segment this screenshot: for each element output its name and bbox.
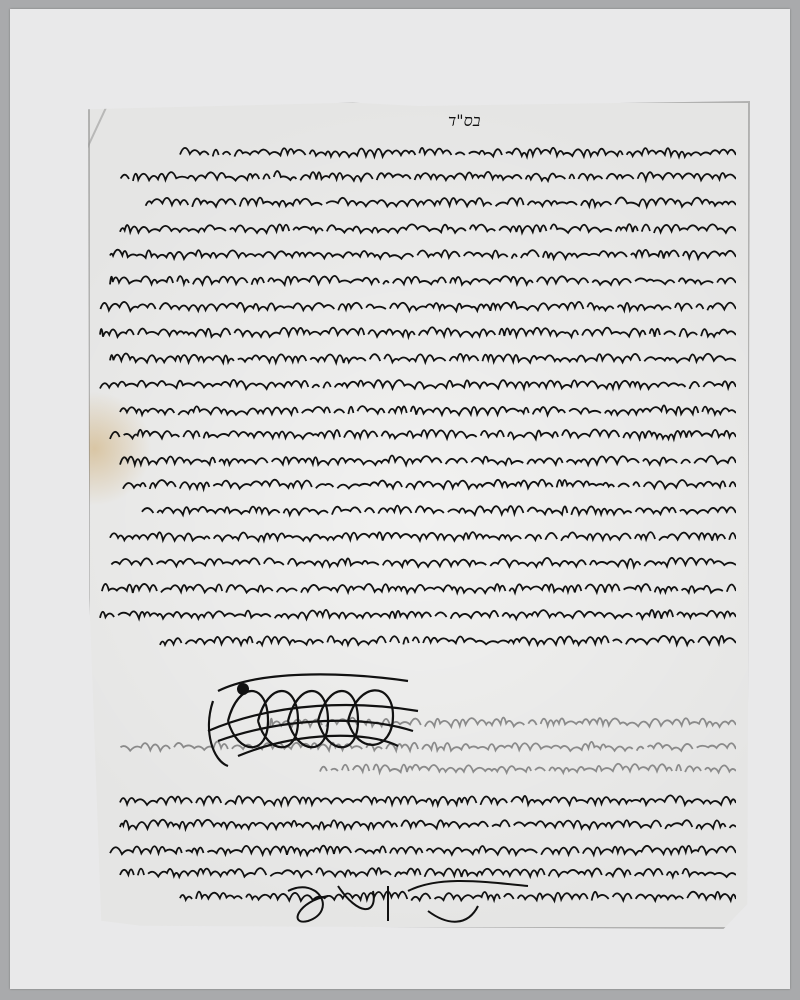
handwritten-line (96, 603, 736, 625)
manuscript-page: בס"ד (88, 101, 750, 929)
handwritten-line (116, 217, 736, 239)
handwritten-line (136, 499, 736, 521)
handwritten-line (106, 269, 736, 291)
handwritten-line (96, 577, 736, 599)
postscript-line (116, 813, 736, 835)
handwritten-line (116, 449, 736, 471)
handwritten-line (106, 525, 736, 547)
handwritten-line (116, 165, 736, 187)
handwritten-line (106, 347, 736, 369)
handwritten-line (106, 243, 736, 265)
header-bsd: בס"ד (448, 111, 480, 131)
crossed-out-signature (198, 661, 428, 771)
handwritten-line (176, 141, 736, 163)
handwritten-line (136, 191, 736, 213)
handwritten-line (96, 373, 736, 395)
handwritten-line (116, 399, 736, 421)
handwritten-line (106, 551, 736, 573)
signature (278, 871, 538, 931)
postscript-line (116, 789, 736, 811)
postscript-line (106, 839, 736, 861)
handwritten-line (116, 473, 736, 495)
photo-print: בס"ד (10, 9, 790, 989)
handwritten-line (96, 321, 736, 343)
handwritten-line (156, 629, 736, 651)
handwritten-line (96, 295, 736, 317)
handwritten-line (106, 423, 736, 445)
